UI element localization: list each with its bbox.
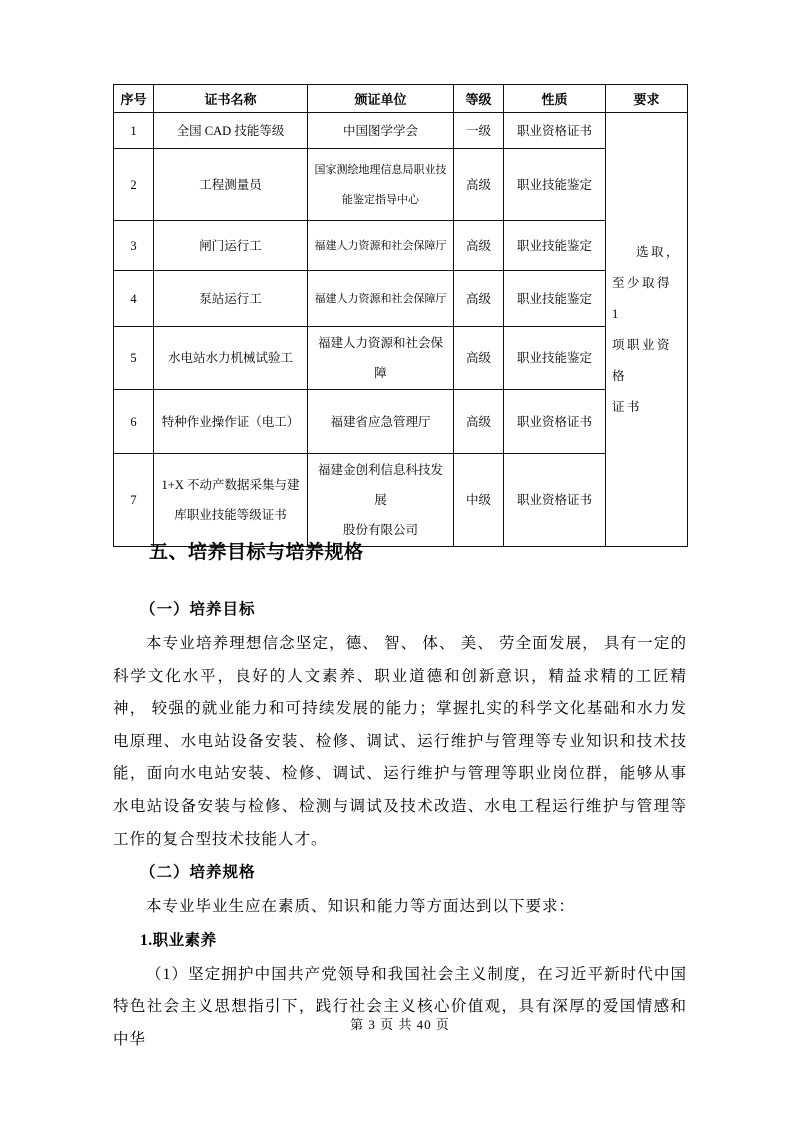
cell-level: 高级 [454, 221, 504, 271]
page-number-footer: 第 3 页 共 40 页 [113, 1016, 687, 1034]
cell-nature: 职业资格证书 [504, 113, 606, 149]
section-heading-5: 五、培养目标与培养规格 [149, 538, 687, 568]
cell-nature: 职业资格证书 [504, 454, 606, 547]
cell-certificate-name: 全国 CAD 技能等级 [154, 113, 308, 149]
cell-issuing-unit: 中国图学学会 [308, 113, 454, 149]
cell-certificate-name: 1+X 不动产数据采集与建 库职业技能等级证书 [154, 454, 308, 547]
paragraph-spec-intro: 本专业毕业生应在素质、知识和能力等方面达到以下要求： [113, 891, 687, 924]
cell-certificate-name: 特种作业操作证（电工） [154, 390, 308, 454]
cell-certificate-name: 工程测量员 [154, 149, 308, 221]
col-header-requirement: 要求 [606, 85, 688, 113]
cell-level: 中级 [454, 454, 504, 547]
document-page: 序号 证书名称 颁证单位 等级 性质 要求 1 全国 CAD 技能等级 中国图学… [0, 0, 793, 1122]
col-header-issuer: 颁证单位 [308, 85, 454, 113]
cell-serial-number: 2 [114, 149, 154, 221]
cell-certificate-name: 水电站水力机械试验工 [154, 327, 308, 390]
cell-nature: 职业技能鉴定 [504, 149, 606, 221]
cell-issuing-unit: 福建省应急管理厅 [308, 390, 454, 454]
cell-nature: 职业技能鉴定 [504, 271, 606, 327]
cell-nature: 职业技能鉴定 [504, 327, 606, 390]
cell-level: 高级 [454, 327, 504, 390]
cell-serial-number: 4 [114, 271, 154, 327]
col-header-nature: 性质 [504, 85, 606, 113]
cell-issuing-unit: 福建金创利信息科技发展 股份有限公司 [308, 454, 454, 547]
col-header-no: 序号 [114, 85, 154, 113]
cell-serial-number: 3 [114, 221, 154, 271]
requirement-text: 选取， 至少取得 1 项职业资格 证书 [610, 237, 683, 423]
subheading-professional-quality: 1.职业素养 [140, 924, 687, 957]
table-row: 6 特种作业操作证（电工） 福建省应急管理厅 高级 职业资格证书 [114, 390, 688, 454]
subheading-training-objective: （一）培养目标 [140, 593, 687, 626]
cell-issuing-unit: 福建人力资源和社会保障厅 [308, 221, 454, 271]
table-header-row: 序号 证书名称 颁证单位 等级 性质 要求 [114, 85, 688, 113]
paragraph-training-objective: 本专业培养理想信念坚定，德、 智、 体、 美、 劳全面发展， 具有一定的科学文化… [113, 628, 687, 856]
table-row: 2 工程测量员 国家测绘地理信息局职业技 能鉴定指导中心 高级 职业技能鉴定 [114, 149, 688, 221]
table-row: 1 全国 CAD 技能等级 中国图学学会 一级 职业资格证书 选取， 至少取得 … [114, 113, 688, 149]
table-row: 7 1+X 不动产数据采集与建 库职业技能等级证书 福建金创利信息科技发展 股份… [114, 454, 688, 547]
table-row: 4 泵站运行工 福建人力资源和社会保障厅 高级 职业技能鉴定 [114, 271, 688, 327]
cell-issuing-unit: 福建人力资源和社会保障厅 [308, 271, 454, 327]
cell-issuing-unit: 福建人力资源和社会保障 [308, 327, 454, 390]
cell-level: 高级 [454, 149, 504, 221]
cell-serial-number: 7 [114, 454, 154, 547]
body-text-section: 五、培养目标与培养规格 （一）培养目标 本专业培养理想信念坚定，德、 智、 体、… [113, 538, 687, 1057]
cell-certificate-name: 泵站运行工 [154, 271, 308, 327]
cell-nature: 职业资格证书 [504, 390, 606, 454]
cert-table-body: 1 全国 CAD 技能等级 中国图学学会 一级 职业资格证书 选取， 至少取得 … [114, 113, 688, 547]
cell-level: 高级 [454, 390, 504, 454]
col-header-level: 等级 [454, 85, 504, 113]
cell-serial-number: 6 [114, 390, 154, 454]
cell-issuing-unit: 国家测绘地理信息局职业技 能鉴定指导中心 [308, 149, 454, 221]
paragraph-quality-item1: （1）坚定拥护中国共产党领导和我国社会主义制度，在习近平新时代中国特色社会主义思… [113, 959, 687, 1057]
cell-level: 一级 [454, 113, 504, 149]
cell-level: 高级 [454, 271, 504, 327]
cell-nature: 职业技能鉴定 [504, 221, 606, 271]
cell-requirement-merged: 选取， 至少取得 1 项职业资格 证书 [606, 113, 688, 547]
cell-serial-number: 5 [114, 327, 154, 390]
col-header-cert-name: 证书名称 [154, 85, 308, 113]
cell-certificate-name: 闸门运行工 [154, 221, 308, 271]
cell-serial-number: 1 [114, 113, 154, 149]
certificate-table: 序号 证书名称 颁证单位 等级 性质 要求 1 全国 CAD 技能等级 中国图学… [113, 84, 688, 547]
table-row: 5 水电站水力机械试验工 福建人力资源和社会保障 高级 职业技能鉴定 [114, 327, 688, 390]
subheading-training-spec: （二）培养规格 [140, 856, 687, 889]
table-row: 3 闸门运行工 福建人力资源和社会保障厅 高级 职业技能鉴定 [114, 221, 688, 271]
